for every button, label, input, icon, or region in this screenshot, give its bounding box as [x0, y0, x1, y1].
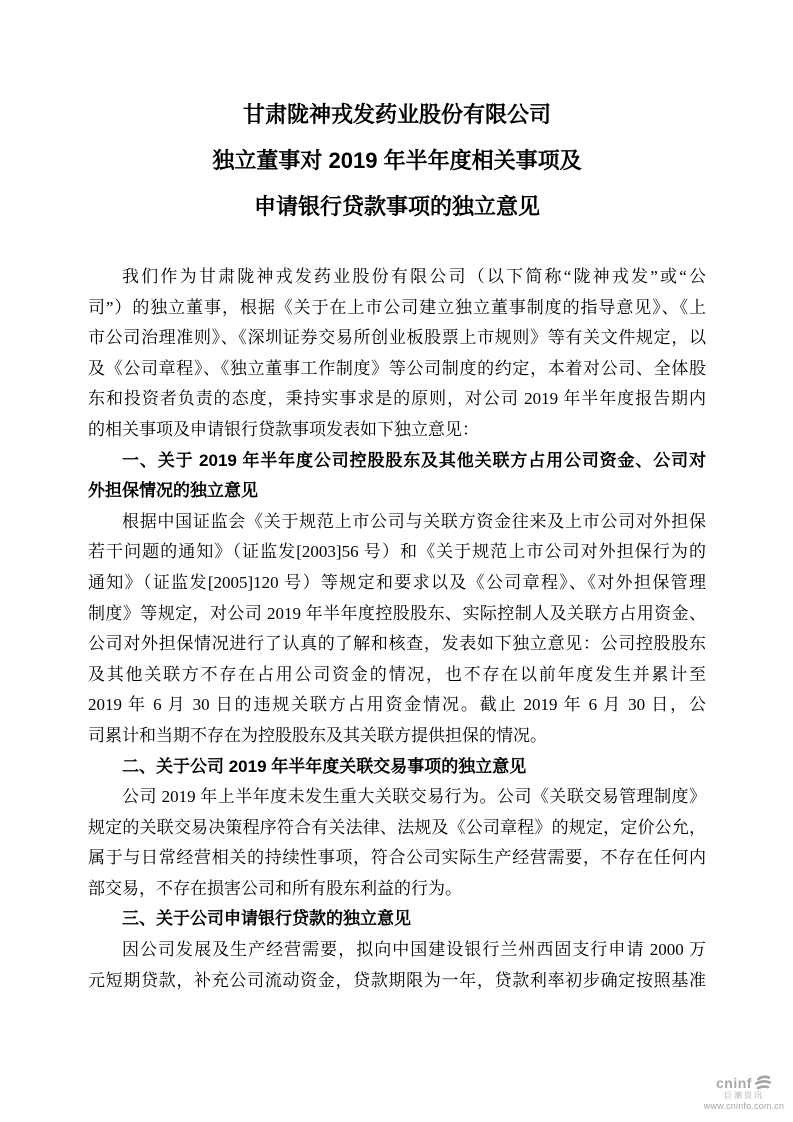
document-page: 甘肃陇神戎发药业股份有限公司 独立董事对 2019 年半年度相关事项及 申请银行… — [0, 0, 793, 1122]
cninfo-wordmark: cninf — [716, 1075, 752, 1091]
cninfo-swirl-icon — [754, 1074, 772, 1092]
paragraph-line: 因公司发展及生产经营需要，拟向中国建设银行兰州西固支行申请 2000 万 — [88, 935, 706, 966]
paragraph-line: 属于与日常经营相关的持续性事项，符合公司实际生产经营需要，不存在任何内 — [88, 843, 706, 874]
section-heading-line: 外担保情况的独立意见 — [88, 476, 706, 507]
paragraph-line: 公司 2019 年上半年度未发生重大关联交易行为。公司《关联交易管理制度》 — [88, 782, 706, 813]
title-line: 独立董事对 2019 年半年度相关事项及 — [88, 138, 706, 184]
paragraph-line: 东和投资者负责的态度，秉持实事求是的原则，对公司 2019 年半年度报告期内 — [88, 384, 706, 415]
paragraph-line: 我们作为甘肃陇神戎发药业股份有限公司（以下简称“陇神戎发”或“公 — [88, 262, 706, 293]
cninfo-logo-top: cninf — [701, 1074, 787, 1092]
paragraph-line: 规定的关联交易决策程序符合有关法律、法规及《公司章程》的规定，定价公允， — [88, 813, 706, 844]
paragraph-line: 根据中国证监会《关于规范上市公司与关联方资金往来及上市公司对外担保 — [88, 507, 706, 538]
paragraph-line: 司累计和当期不存在为控股股东及其关联方提供担保的情况。 — [88, 721, 706, 752]
cninfo-url: www.cninfo.com.cn — [701, 1101, 787, 1112]
cninfo-subtitle: 巨潮资讯 — [701, 1091, 787, 1100]
paragraph-line: 的相关事项及申请银行贷款事项发表如下独立意见： — [88, 415, 706, 446]
paragraph-line: 通知》（证监发[2005]120 号）等规定和要求以及《公司章程》、《对外担保管… — [88, 568, 706, 599]
paragraph-line: 部交易，不存在损害公司和所有股东利益的行为。 — [88, 874, 706, 905]
title-line: 申请银行贷款事项的独立意见 — [88, 184, 706, 230]
section-heading-line: 一、关于 2019 年半年度公司控股股东及其他关联方占用公司资金、公司对 — [88, 446, 706, 477]
document-title: 甘肃陇神戎发药业股份有限公司 独立董事对 2019 年半年度相关事项及 申请银行… — [88, 92, 706, 230]
paragraph-line: 及《公司章程》、《独立董事工作制度》等公司制度的约定，本着对公司、全体股 — [88, 354, 706, 385]
cninfo-logo: cninf 巨潮资讯 www.cninfo.com.cn — [701, 1074, 787, 1112]
title-line: 甘肃陇神戎发药业股份有限公司 — [88, 92, 706, 138]
paragraph-line: 2019 年 6 月 30 日的违规关联方占用资金情况。截止 2019 年 6 … — [88, 690, 706, 721]
paragraph-line: 若干问题的通知》（证监发[2003]56 号）和《关于规范上市公司对外担保行为的 — [88, 537, 706, 568]
section-heading-line: 三、关于公司申请银行贷款的独立意见 — [88, 904, 706, 935]
paragraph-line: 制度》等规定，对公司 2019 年半年度控股股东、实际控制人及关联方占用资金、 — [88, 599, 706, 630]
paragraph-line: 公司对外担保情况进行了认真的了解和核查，发表如下独立意见：公司控股股东 — [88, 629, 706, 660]
section-heading-line: 二、关于公司 2019 年半年度关联交易事项的独立意见 — [88, 752, 706, 783]
paragraph-line: 市公司治理准则》、《深圳证券交易所创业板股票上市规则》等有关文件规定，以 — [88, 323, 706, 354]
paragraph-line: 及其他关联方不存在占用公司资金的情况，也不存在以前年度发生并累计至 — [88, 660, 706, 691]
paragraph-line: 司”）的独立董事，根据《关于在上市公司建立独立董事制度的指导意见》、《上 — [88, 293, 706, 324]
paragraph-line: 元短期贷款，补充公司流动资金，贷款期限为一年，贷款利率初步确定按照基准 — [88, 966, 706, 997]
document-body: 我们作为甘肃陇神戎发药业股份有限公司（以下简称“陇神戎发”或“公司”）的独立董事… — [88, 262, 706, 996]
